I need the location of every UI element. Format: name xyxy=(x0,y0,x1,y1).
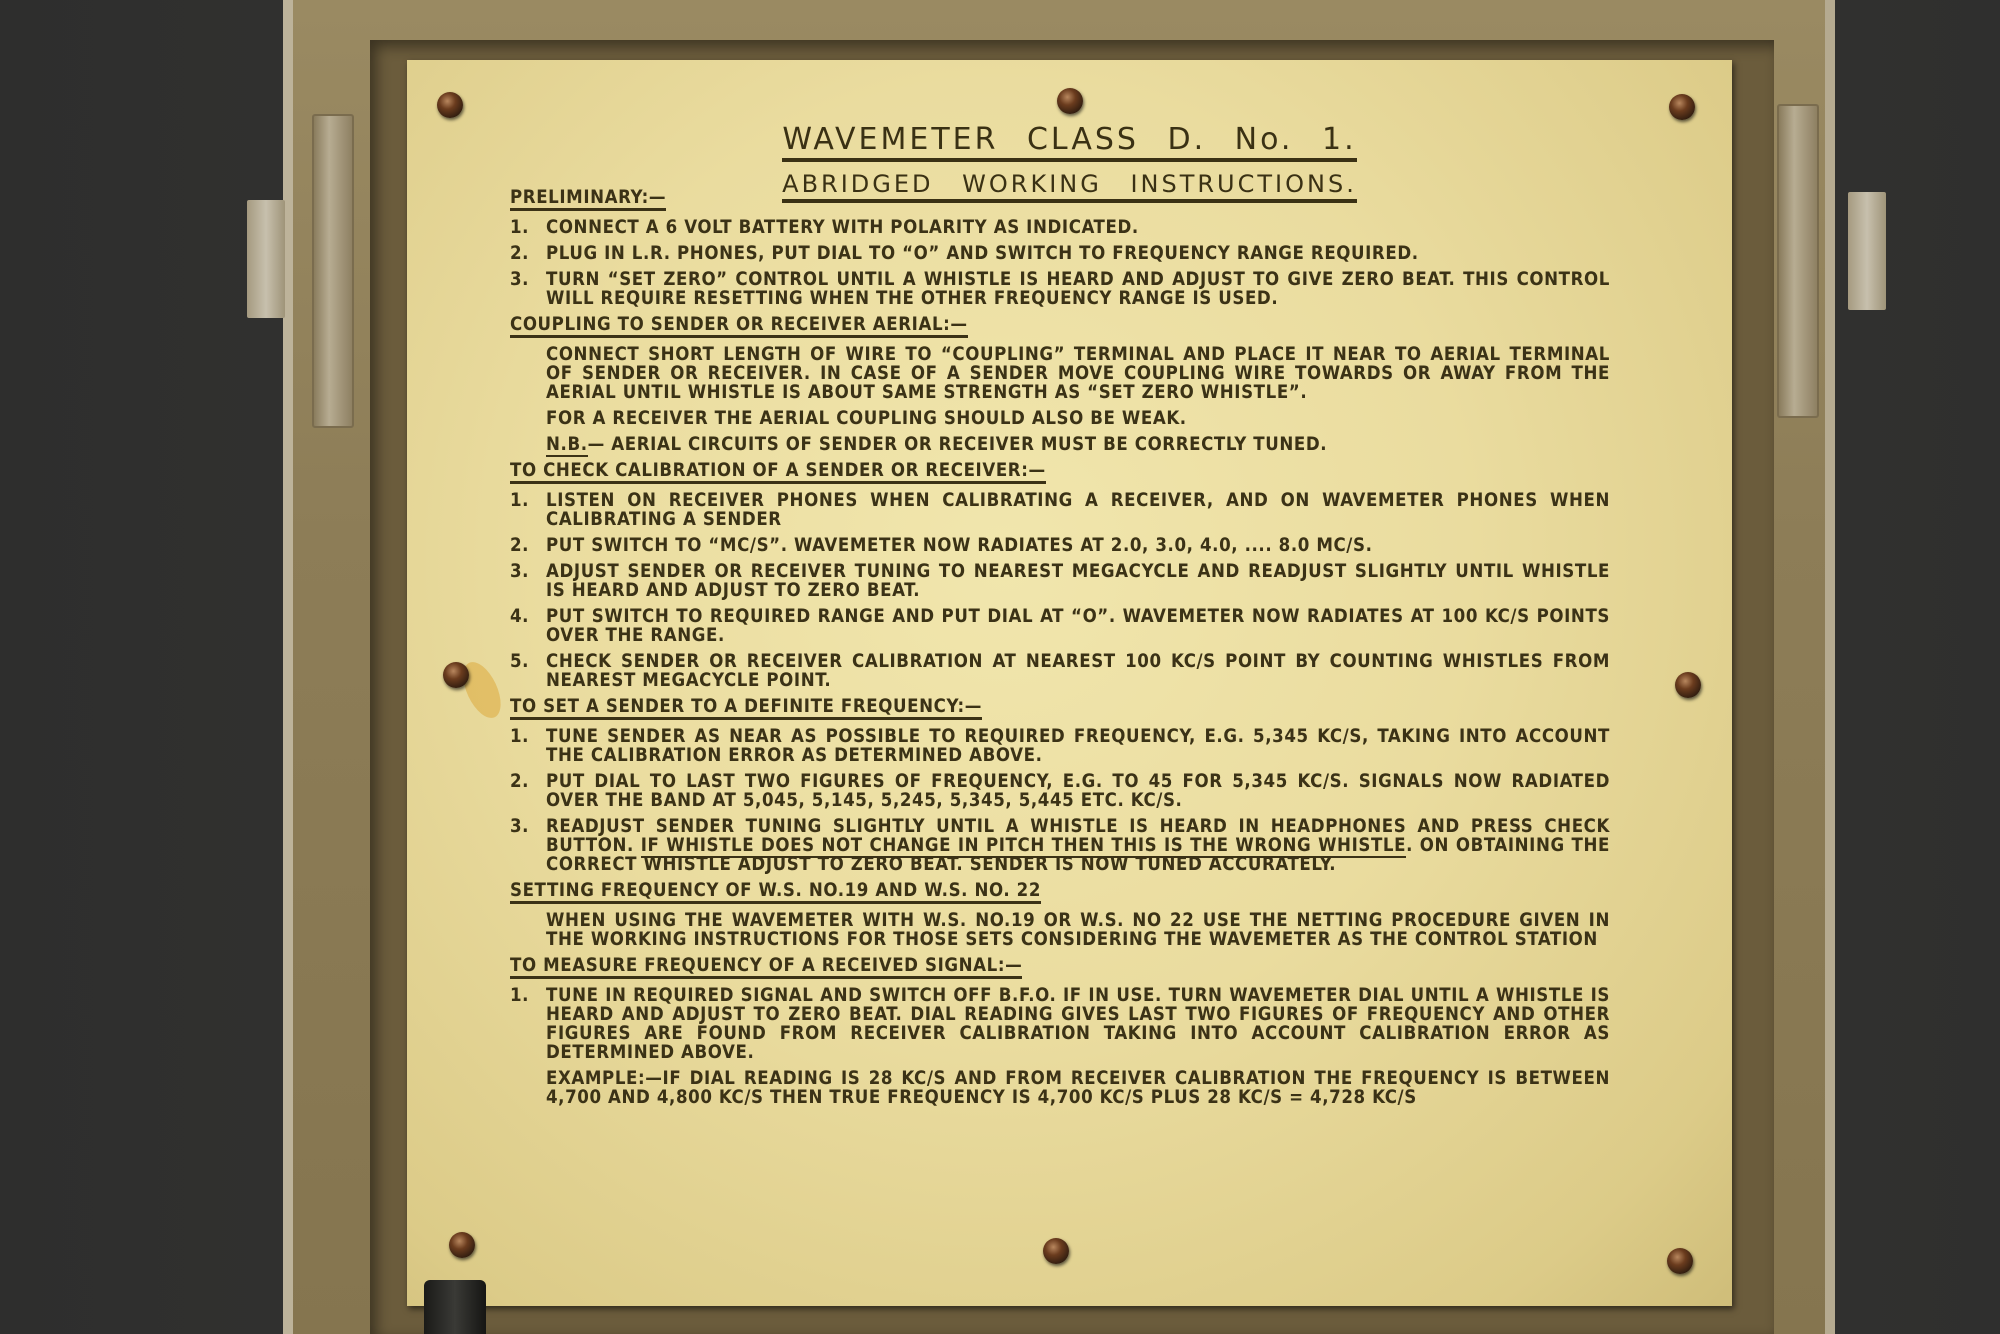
item-text: CHECK SENDER OR RECEIVER CALIBRATION AT … xyxy=(546,651,1610,691)
screw-icon xyxy=(443,662,469,688)
screw-icon xyxy=(1057,88,1083,114)
item-number: 3. xyxy=(510,817,529,836)
nb-label: N.B. xyxy=(546,434,588,457)
item-text: CONNECT A 6 VOLT BATTERY WITH POLARITY A… xyxy=(546,217,1139,238)
section: SETTING FREQUENCY OF W.S. NO.19 AND W.S.… xyxy=(510,881,1610,949)
screw-icon xyxy=(1043,1238,1069,1264)
paragraph: WHEN USING THE WAVEMETER WITH W.S. NO.19… xyxy=(510,911,1610,949)
list-item: 1.TUNE SENDER AS NEAR AS POSSIBLE TO REQ… xyxy=(510,727,1610,765)
section-heading: PRELIMINARY:— xyxy=(510,188,666,211)
screw-icon xyxy=(1667,1248,1693,1274)
item-text: TURN “SET ZERO” CONTROL UNTIL A WHISTLE … xyxy=(546,269,1610,309)
screw-icon xyxy=(1669,94,1695,120)
item-number: 1. xyxy=(510,986,529,1005)
instruction-plate: WAVEMETER CLASS D. No. 1. ABRIDGED WORKI… xyxy=(407,60,1732,1306)
screw-icon xyxy=(1675,672,1701,698)
list-item: 1.CONNECT A 6 VOLT BATTERY WITH POLARITY… xyxy=(510,218,1610,237)
item-text: ADJUST SENDER OR RECEIVER TUNING TO NEAR… xyxy=(546,561,1610,601)
list-item: 3.READJUST SENDER TUNING SLIGHTLY UNTIL … xyxy=(510,817,1610,874)
left-latch-bracket xyxy=(312,114,354,428)
plate-title: WAVEMETER CLASS D. No. 1. xyxy=(407,122,1732,157)
section: TO SET A SENDER TO A DEFINITE FREQUENCY:… xyxy=(510,697,1610,874)
section: TO CHECK CALIBRATION OF A SENDER OR RECE… xyxy=(510,461,1610,690)
list-item: 1.TUNE IN REQUIRED SIGNAL AND SWITCH OFF… xyxy=(510,986,1610,1062)
item-number: 2. xyxy=(510,772,529,791)
list-item: 5.CHECK SENDER OR RECEIVER CALIBRATION A… xyxy=(510,652,1610,690)
list-item: 2.PLUG IN L.R. PHONES, PUT DIAL TO “O” A… xyxy=(510,244,1610,263)
section: TO MEASURE FREQUENCY OF A RECEIVED SIGNA… xyxy=(510,956,1610,1107)
item-text: LISTEN ON RECEIVER PHONES WHEN CALIBRATI… xyxy=(546,490,1610,530)
list-item: 2.PUT SWITCH TO “MC/S”. WAVEMETER NOW RA… xyxy=(510,536,1610,555)
right-hinge-tab xyxy=(1848,192,1886,310)
section-heading: TO SET A SENDER TO A DEFINITE FREQUENCY:… xyxy=(510,697,982,720)
paragraph: CONNECT SHORT LENGTH OF WIRE TO “COUPLIN… xyxy=(510,345,1610,402)
item-number: 2. xyxy=(510,244,529,263)
example-paragraph: EXAMPLE:—IF DIAL READING IS 28 KC/S AND … xyxy=(510,1069,1610,1107)
item-number: 3. xyxy=(510,562,529,581)
instructions-body: PRELIMINARY:—1.CONNECT A 6 VOLT BATTERY … xyxy=(510,188,1610,1107)
list-item: 3.ADJUST SENDER OR RECEIVER TUNING TO NE… xyxy=(510,562,1610,600)
right-latch-bracket xyxy=(1777,104,1819,418)
item-number: 3. xyxy=(510,270,529,289)
list-item: 3.TURN “SET ZERO” CONTROL UNTIL A WHISTL… xyxy=(510,270,1610,308)
section-heading: SETTING FREQUENCY OF W.S. NO.19 AND W.S.… xyxy=(510,881,1041,904)
screw-icon xyxy=(449,1232,475,1258)
item-text: PUT DIAL TO LAST TWO FIGURES OF FREQUENC… xyxy=(546,771,1610,811)
left-hinge-tab xyxy=(247,200,285,318)
section: PRELIMINARY:—1.CONNECT A 6 VOLT BATTERY … xyxy=(510,188,1610,308)
paragraph: FOR A RECEIVER THE AERIAL COUPLING SHOUL… xyxy=(510,409,1610,428)
screw-icon xyxy=(437,92,463,118)
section-heading: COUPLING TO SENDER OR RECEIVER AERIAL:— xyxy=(510,315,968,338)
list-item: 1.LISTEN ON RECEIVER PHONES WHEN CALIBRA… xyxy=(510,491,1610,529)
nb-text: — AERIAL CIRCUITS OF SENDER OR RECEIVER … xyxy=(588,434,1328,455)
item-text: PLUG IN L.R. PHONES, PUT DIAL TO “O” AND… xyxy=(546,243,1419,264)
section: COUPLING TO SENDER OR RECEIVER AERIAL:—C… xyxy=(510,315,1610,454)
item-text: PUT SWITCH TO REQUIRED RANGE AND PUT DIA… xyxy=(546,606,1610,646)
terminal-knob xyxy=(424,1280,486,1334)
section-heading: TO MEASURE FREQUENCY OF A RECEIVED SIGNA… xyxy=(510,956,1022,979)
item-number: 1. xyxy=(510,218,529,237)
item-number: 4. xyxy=(510,607,529,626)
item-number: 1. xyxy=(510,727,529,746)
item-number: 1. xyxy=(510,491,529,510)
section-heading: TO CHECK CALIBRATION OF A SENDER OR RECE… xyxy=(510,461,1046,484)
list-item: 4.PUT SWITCH TO REQUIRED RANGE AND PUT D… xyxy=(510,607,1610,645)
item-text: PUT SWITCH TO “MC/S”. WAVEMETER NOW RADI… xyxy=(546,535,1373,556)
nb-note: N.B.— AERIAL CIRCUITS OF SENDER OR RECEI… xyxy=(510,435,1610,454)
item-text: TUNE SENDER AS NEAR AS POSSIBLE TO REQUI… xyxy=(546,726,1610,766)
list-item: 2.PUT DIAL TO LAST TWO FIGURES OF FREQUE… xyxy=(510,772,1610,810)
item-number: 5. xyxy=(510,652,529,671)
item-number: 2. xyxy=(510,536,529,555)
item-text: READJUST SENDER TUNING SLIGHTLY UNTIL A … xyxy=(546,816,1610,875)
item-text: TUNE IN REQUIRED SIGNAL AND SWITCH OFF B… xyxy=(546,985,1610,1063)
